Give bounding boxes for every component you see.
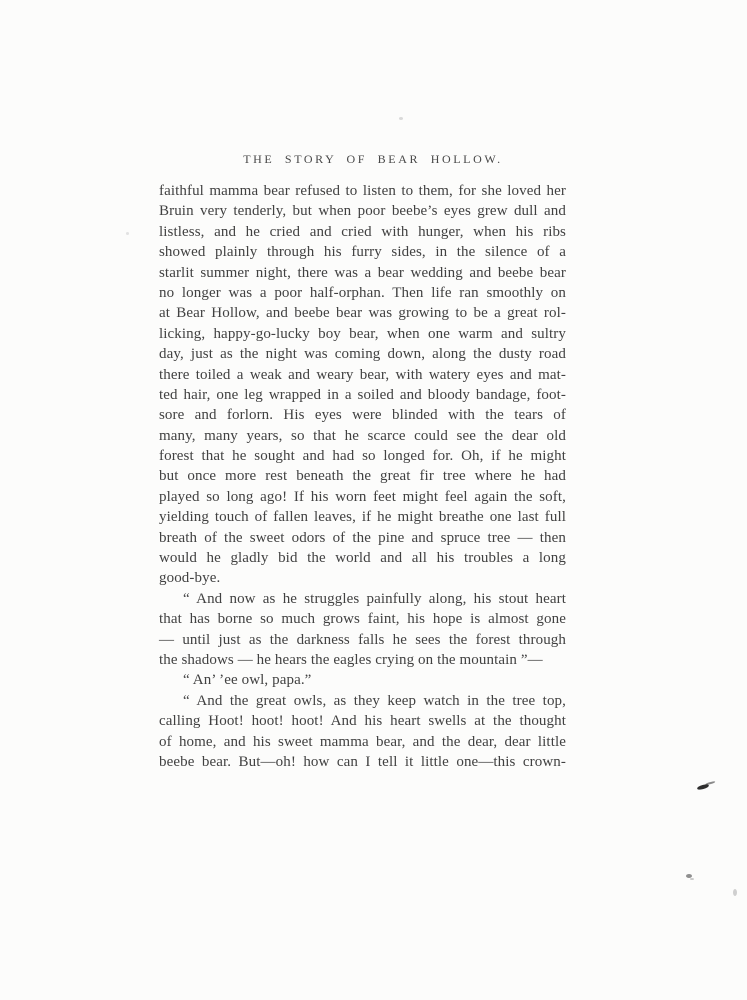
text-line: listless, and he cried and cried with hu… bbox=[159, 222, 566, 242]
text-line: starlit summer night, there was a bear w… bbox=[159, 263, 566, 283]
text-line: “ An’ ’ee owl, papa.” bbox=[159, 670, 566, 690]
text-line: calling Hoot! hoot! hoot! And his heart … bbox=[159, 711, 566, 731]
running-head: THE STORY OF BEAR HOLLOW. bbox=[158, 152, 588, 167]
text-line: — until just as the darkness falls he se… bbox=[159, 630, 566, 650]
text-line: day, just as the night was coming down, … bbox=[159, 344, 566, 364]
text-block: faithful mamma bear refused to listen to… bbox=[159, 181, 566, 772]
text-line: showed plainly through his furry sides, … bbox=[159, 242, 566, 262]
text-line: licking, happy-go-lucky boy bear, when o… bbox=[159, 324, 566, 344]
text-line: forest that he sought and had so longed … bbox=[159, 446, 566, 466]
text-line: at Bear Hollow, and beebe bear was growi… bbox=[159, 303, 566, 323]
scan-speck bbox=[399, 117, 403, 120]
ink-blot-mark bbox=[697, 784, 710, 791]
text-line: Bruin very tenderly, but when poor beebe… bbox=[159, 201, 566, 221]
text-line: there toiled a weak and weary bear, with… bbox=[159, 365, 566, 385]
text-line: that has borne so much grows faint, his … bbox=[159, 609, 566, 629]
text-line: would he gladly bid the world and all hi… bbox=[159, 548, 566, 568]
text-line: good-bye. bbox=[159, 568, 566, 588]
text-line: beebe bear. But—oh! how can I tell it li… bbox=[159, 752, 566, 772]
book-page: THE STORY OF BEAR HOLLOW. faithful mamma… bbox=[0, 0, 747, 1000]
text-line: “ And now as he struggles painfully alon… bbox=[159, 589, 566, 609]
text-line: of home, and his sweet mamma bear, and t… bbox=[159, 732, 566, 752]
text-line: the shadows — he hears the eagles crying… bbox=[159, 650, 566, 670]
text-line: no longer was a poor half-orphan. Then l… bbox=[159, 283, 566, 303]
text-line: breath of the sweet odors of the pine an… bbox=[159, 528, 566, 548]
scan-speck bbox=[686, 874, 692, 878]
text-line: many, many years, so that he scarce coul… bbox=[159, 426, 566, 446]
text-line: yielding touch of fallen leaves, if he m… bbox=[159, 507, 566, 527]
text-line: sore and forlorn. His eyes were blinded … bbox=[159, 405, 566, 425]
text-line: “ And the great owls, as they keep watch… bbox=[159, 691, 566, 711]
scan-speck bbox=[733, 889, 737, 896]
text-line: faithful mamma bear refused to listen to… bbox=[159, 181, 566, 201]
text-line: played so long ago! If his worn feet mig… bbox=[159, 487, 566, 507]
text-line: ted hair, one leg wrapped in a soiled an… bbox=[159, 385, 566, 405]
text-line: but once more rest beneath the great fir… bbox=[159, 466, 566, 486]
scan-speck bbox=[126, 232, 129, 235]
